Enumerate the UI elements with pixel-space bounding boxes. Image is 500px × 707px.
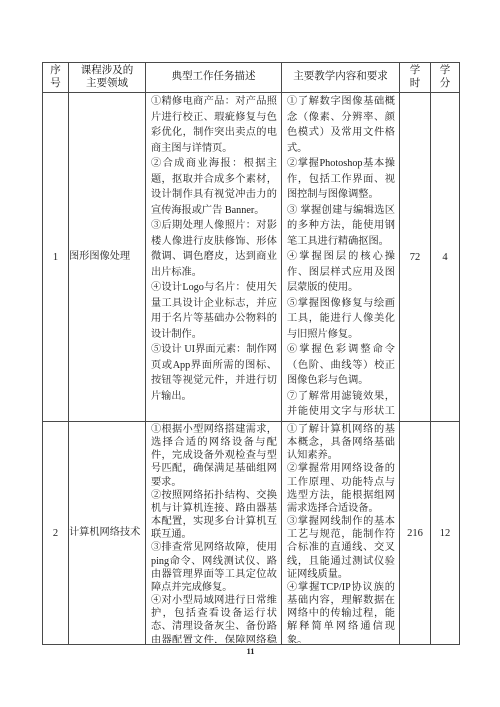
row2-task-list: ①根据小型网络搭建需求，选择合适的网络设备与配件，完成设备外观检查与型号匹配，确…: [146, 422, 281, 643]
list-item: ①根据小型网络搭建需求，选择合适的网络设备与配件，完成设备外观检查与型号匹配，确…: [151, 423, 277, 489]
row2-seq-number: 2: [43, 422, 69, 645]
list-item: ①了解计算机网络的基本概念，具备网络基础认知素养。: [287, 423, 395, 462]
list-item: ②掌握Photoshop基本操作，包括工作界面、视图控制与图像调整。: [287, 156, 395, 203]
row2-course-domain: 计算机网络技术: [69, 422, 146, 645]
list-item: ③掌握网线制作的基本工艺与规范，能制作符合标准的直通线、交叉线，且能通过测试仪验…: [287, 515, 395, 581]
list-item: ⑤设计 UI界面元素：制作网页或App界面所需的图标、按钮等视觉元件，并进行切片…: [151, 342, 277, 404]
header-teaching-content: 主要教学内容和要求: [282, 63, 400, 93]
header-typical-tasks: 典型工作任务描述: [146, 63, 282, 93]
list-item: ③排查常见网络故障，使用ping命令、网线测试仪、路由器管理界面等工具定位故障点…: [151, 541, 277, 594]
row1-credits: 4: [431, 93, 460, 422]
row2-credits: 12: [431, 422, 460, 645]
row1-task-list: ①精修电商产品：对产品照片进行校正、瑕疵修复与色彩优化，制作突出卖点的电商主图与…: [146, 93, 281, 420]
row1-content-list: ①了解数字图像基础概念（像素、分辨率、颜色模式）及常用文件格式。②掌握Photo…: [282, 93, 399, 420]
table-row: 2 计算机网络技术 ①根据小型网络搭建需求，选择合适的网络设备与配件，完成设备外…: [43, 422, 460, 645]
header-credits: 学 分: [431, 63, 460, 93]
header-seq-number: 序 号: [43, 63, 69, 93]
table-header-row: 序 号 课程涉及的 主要领域 典型工作任务描述 主要教学内容和要求 学 时 学 …: [43, 63, 460, 93]
list-item: ⑦了解常用滤镜效果，并能使用文字与形状工具进行基础设计。: [287, 389, 395, 421]
list-item: ④设计Logo与名片：使用矢量工具设计企业标志，并应用于名片等基础办公物料的设计…: [151, 280, 277, 342]
row2-content-list: ①了解计算机网络的基本概念，具备网络基础认知素养。②掌握常用网络设备的工作原理、…: [282, 422, 399, 643]
course-areas-table: 序 号 课程涉及的 主要领域 典型工作任务描述 主要教学内容和要求 学 时 学 …: [42, 62, 460, 645]
list-item: ④掌握图层的核心操作、图层样式应用及图层蒙版的使用。: [287, 249, 395, 296]
list-item: ①了解数字图像基础概念（像素、分辨率、颜色模式）及常用文件格式。: [287, 94, 395, 156]
list-item: ④掌握TCP/IP协议族的基础内容，理解数据在网络中的传输过程，能解释简单网络通…: [287, 581, 395, 643]
row2-class-hours: 216: [400, 422, 431, 645]
list-item: ⑥掌握色彩调整命令（色阶、曲线等）校正图像色彩与色调。: [287, 342, 395, 389]
list-item: ①精修电商产品：对产品照片进行校正、瑕疵修复与色彩优化，制作突出卖点的电商主图与…: [151, 94, 277, 156]
row1-course-domain: 图形图像处理: [69, 93, 146, 422]
list-item: ②掌握常用网络设备的工作原理、功能特点与选型方法，能根据组网需求选择合适设备。: [287, 462, 395, 515]
list-item: ④对小型局域网进行日常维护，包括查看设备运行状态、清理设备灰尘、备份路由器配置文…: [151, 594, 277, 643]
header-class-hours: 学 时: [400, 63, 431, 93]
row1-seq-number: 1: [43, 93, 69, 422]
list-item: ②按照网络拓扑结构、交换机与计算机连接、路由器基本配置，实现多台计算机互联互通。: [151, 489, 277, 542]
table-row: 1 图形图像处理 ①精修电商产品：对产品照片进行校正、瑕疵修复与色彩优化，制作突…: [43, 93, 460, 422]
list-item: ⑤掌握图像修复与绘画工具，能进行人像美化与旧照片修复。: [287, 296, 395, 343]
header-course-domain: 课程涉及的 主要领域: [69, 63, 146, 93]
list-item: ③ 掌握创建与编辑选区的多种方法，能使用钢笔工具进行精确抠图。: [287, 203, 395, 250]
list-item: ③后期处理人像照片：对影楼人像进行皮肤修饰、形体微调、调色磨皮，达到商业出片标准…: [151, 218, 277, 280]
row1-class-hours: 72: [400, 93, 431, 422]
document-page: { "table": { "headers": { "num": "序\n号",…: [0, 0, 500, 707]
page-number: 11: [42, 646, 459, 656]
list-item: ②合成商业海报：根据主题，抠取并合成多个素材，设计制作具有视觉冲击力的宣传海报或…: [151, 156, 277, 218]
